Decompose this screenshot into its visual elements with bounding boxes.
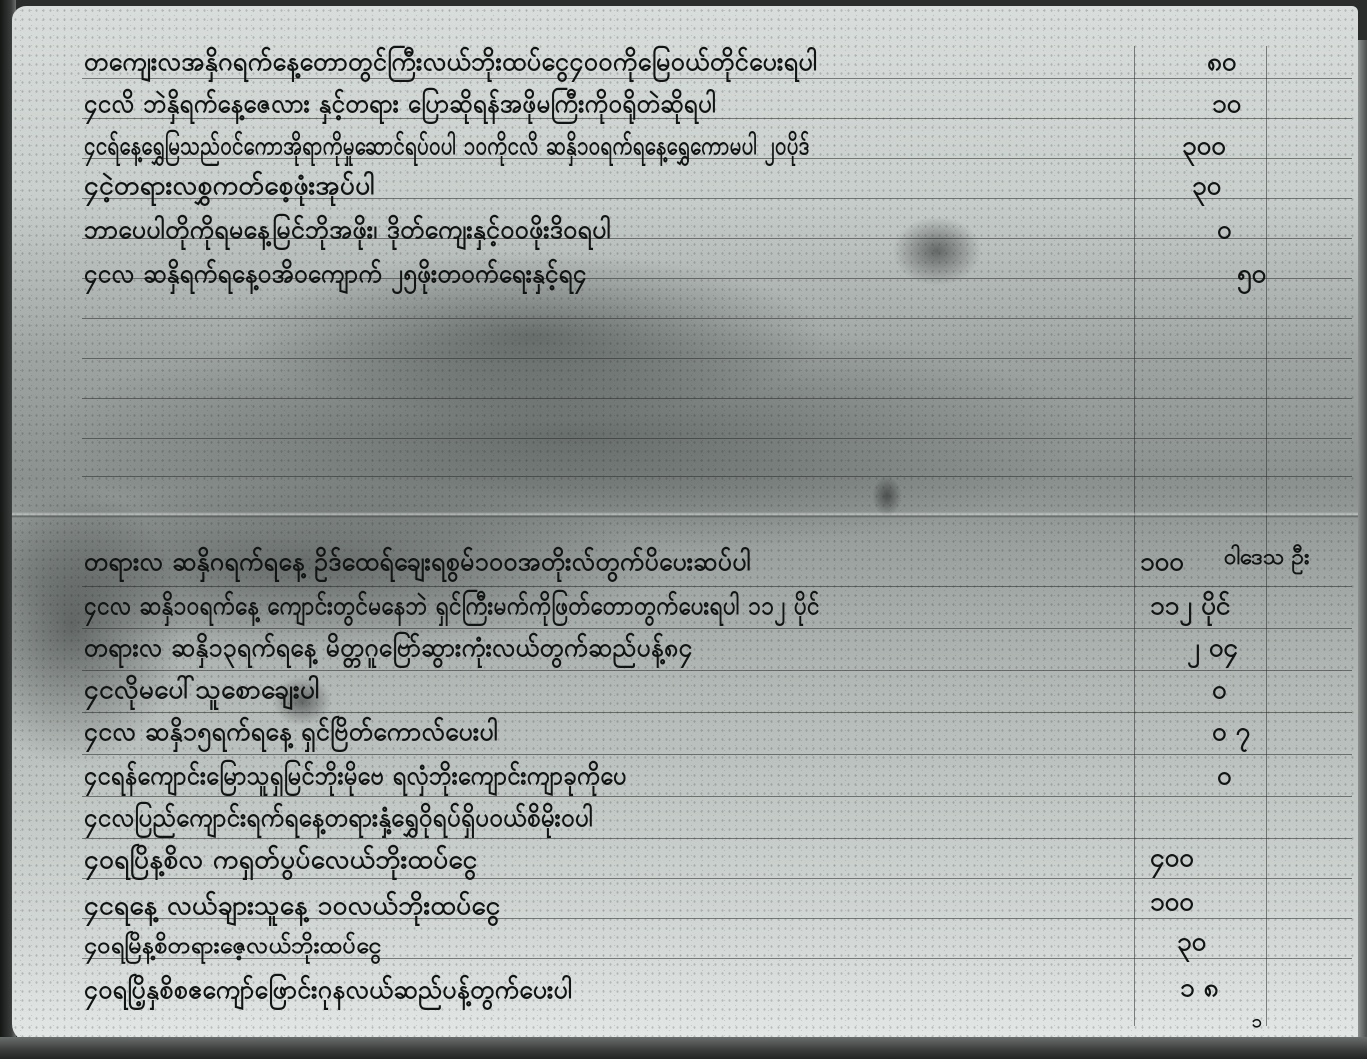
ruled-line — [82, 476, 1352, 477]
ruled-line — [82, 796, 1352, 797]
margin-mark: ၁ — [1252, 1006, 1262, 1038]
ruled-line — [82, 318, 1352, 319]
ruled-line — [82, 586, 1352, 587]
ledger-entry-text: တရားလ ဆနှိ၁၃ရက်ရနေ့ မိတ္တဂူဗြော်ဆွားကုံး… — [84, 632, 693, 664]
ledger-entry-amount: ၂ ဝ၄ — [1187, 632, 1238, 664]
ink-stain — [892, 216, 982, 286]
ruled-line — [82, 438, 1352, 439]
ledger-entry-text: ဘာပေပါတိုကိုရမနေ့မြင်ဘိုအဖိုး၊ ဒိုတ်ကျေး… — [84, 214, 611, 246]
ledger-entry-text: ၄ငလိ ဘဲနှိရက်နေ့ဇေလား နှင့်တရား ပြောဆိုရ… — [84, 88, 716, 120]
ledger-entry-amount: ၄၀၀ — [1150, 842, 1194, 874]
ledger-entry-amount: ၃၀၀ — [1182, 130, 1226, 162]
ledger-entry-note: ဝါဒေသ ဦး — [1224, 542, 1309, 574]
manuscript-page: တကျေးလအနှိဂရက်နေ့တောတွင်ကြီးလယ်ဘိုးထပ်ငွ… — [12, 6, 1358, 1042]
ledger-entry-text: ၄၀ရပြိန့စိလ ကရှတ်ပွပ်လေယ်ဘိုးထပ်ငွေ — [84, 844, 478, 876]
ledger-entry-text: ၄ငရန်ကျောင်းမြောသူရှမြင်ဘိုးမိုဗေ ရလှံဘိ… — [84, 760, 627, 792]
ruled-line — [82, 838, 1352, 839]
scan-bottom-border — [0, 1037, 1367, 1059]
ledger-entry-text: ၄ငလပြည်ကျောင်းရက်ရနေ့တရားနှံ့ရွှေဝိုရပ်ရ… — [84, 802, 593, 834]
ruled-line — [82, 78, 1352, 79]
ink-stain — [872, 476, 902, 516]
ruled-line — [82, 878, 1352, 879]
ledger-entry-amount: ၀ — [1217, 214, 1232, 246]
ledger-entry-amount: ၁၀၀ — [1150, 886, 1194, 918]
amount-column-rule-right — [1266, 46, 1267, 1026]
ledger-entry-text: ၄ငရ်နေ့ရွှေမြသည်ဝင်ကောအိုရာကိုမှုဆောင်ရပ… — [84, 130, 810, 162]
ledger-entry-text: ၄ငလိုမပေါ်သူစောချေးပါ — [84, 674, 320, 706]
ruled-line — [82, 358, 1352, 359]
ledger-entry-amount: ၀ ၇ — [1212, 716, 1250, 748]
ruled-line — [82, 398, 1352, 399]
ruled-line — [82, 712, 1352, 713]
ledger-entry-amount: ၀ — [1217, 760, 1232, 792]
amount-column-rule — [1134, 46, 1135, 1026]
ledger-entry-amount: ၁ ၈ — [1180, 972, 1219, 1004]
ruled-line — [82, 670, 1352, 671]
page-fold-crease — [12, 512, 1358, 518]
ledger-entry-amount: ၁၁၂ ပိုင် — [1150, 590, 1230, 622]
ledger-entry-amount: ၅၀ — [1237, 258, 1266, 290]
ledger-entry-text: တကျေးလအနှိဂရက်နေ့တောတွင်ကြီးလယ်ဘိုးထပ်ငွ… — [84, 46, 818, 78]
scan-background: တကျေးလအနှိဂရက်နေ့တောတွင်ကြီးလယ်ဘိုးထပ်ငွ… — [0, 0, 1367, 1059]
ledger-entry-text: တရားလ ဆနှိဂရက်ရနေ့ ဥိဒ်ထေရ်ချေးရစွမ်၁၀၀အ… — [84, 546, 751, 578]
ledger-entry-amount: ၁၀၀ — [1140, 546, 1184, 578]
ledger-entry-text: ၄၀ရပြိ့နှစိစဧကျော်ဖြောင်းဂုနလယ်ဆည်ပန့်တွ… — [84, 974, 573, 1006]
ledger-entry-amount: ၃၀ — [1192, 170, 1221, 202]
ledger-entry-text: ၄ငလ ဆနှိရက်ရနေ့ဝအိဝကျောက် ၂၅ဖိုးတဝက်ရေးန… — [84, 258, 587, 290]
ledger-entry-text: ၄ငလ ဆနှိ၁ဝရက်နေ့ ကျောင်းတွင်မနေဘဲ ရှင်ကြ… — [84, 590, 820, 622]
ledger-entry-amount: ၁၀ — [1212, 88, 1241, 120]
ledger-entry-text: ၄ငဲ့တရားလစွှကတ်စေ့ဖုံးအုပ်ပါ — [84, 170, 375, 202]
ledger-entry-text: ၄ငရနေ့ လယ်ချားသူနေ့ ၁ဝလယ်ဘိုးထပ်ငွေ — [84, 890, 501, 922]
ruled-line — [82, 754, 1352, 755]
ledger-entry-amount: ၃၀ — [1177, 926, 1206, 958]
ledger-entry-text: ၄ငလ ဆနှိ၁၅ရက်ရနေ့ ရှင်ဗြိတ်ကောလ်ပေးပါ — [84, 716, 498, 748]
ledger-entry-amount: ၈၀ — [1207, 46, 1236, 78]
ledger-entry-text: ၄၀ရမြိန့စိတရားဇေ့လယ်ဘိုးထပ်ငွေ — [84, 930, 382, 962]
ruled-line — [82, 628, 1352, 629]
ledger-entry-amount: ၀ — [1212, 674, 1227, 706]
